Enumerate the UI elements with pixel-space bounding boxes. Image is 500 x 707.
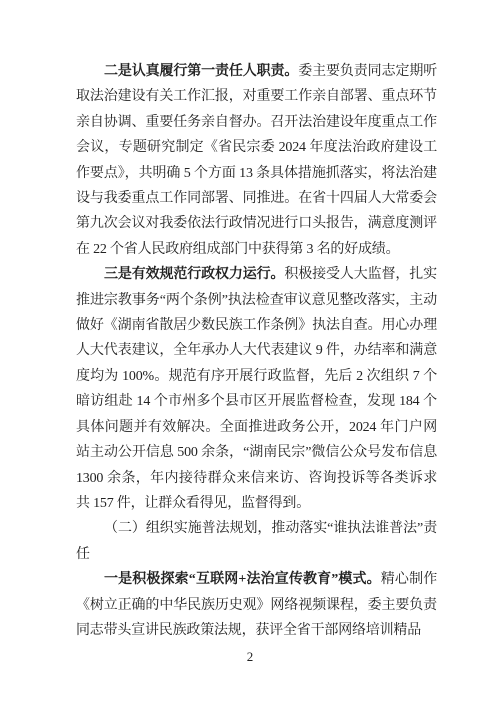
body-paragraph-3: 一是积极探索“互联网+法治宣传教育”模式。精心制作《树立正确的中华民族历史观》网… [76,567,437,643]
paragraph-2-bold-lead: 三是有效规范行政权力运行。 [104,267,284,282]
paragraph-1-bold-lead: 二是认真履行第一责任人职责。 [104,64,298,79]
body-paragraph-2: 三是有效规范行政权力运行。积极接受人大监督，扎实推进宗教事务“两个条例”执法检查… [76,262,437,516]
body-paragraph-1: 二是认真履行第一责任人职责。委主要负责同志定期听取法治建设有关工作汇报，对重要工… [76,59,437,262]
document-page: 二是认真履行第一责任人职责。委主要负责同志定期听取法治建设有关工作汇报，对重要工… [0,0,500,707]
section-heading-text: （二）组织实施普法规划，推动落实“谁执法谁普法”责任 [76,521,437,561]
page-number: 2 [0,650,500,664]
paragraph-3-bold-lead: 一是积极探索“互联网+法治宣传教育”模式。 [104,572,381,587]
document-body: 二是认真履行第一责任人职责。委主要负责同志定期听取法治建设有关工作汇报，对重要工… [76,59,437,643]
paragraph-1-text: 委主要负责同志定期听取法治建设有关工作汇报，对重要工作亲自部署、重点环节亲自协调… [76,64,437,257]
section-heading: （二）组织实施普法规划，推动落实“谁执法谁普法”责任 [76,516,437,567]
paragraph-2-text: 积极接受人大监督，扎实推进宗教事务“两个条例”执法检查审议意见整改落实，主动做好… [76,267,437,511]
